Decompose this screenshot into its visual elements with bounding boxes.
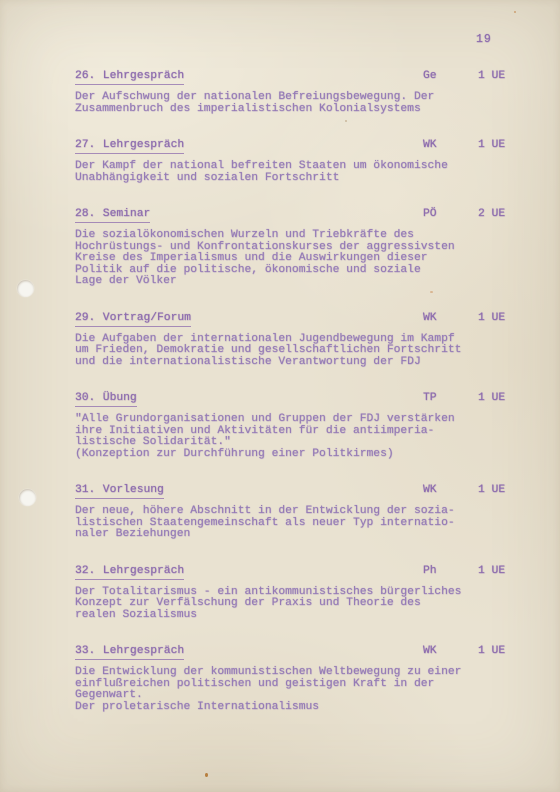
subject-code: WK bbox=[423, 484, 478, 496]
unit-count: 2 UE bbox=[478, 208, 550, 220]
entry-type-label: Lehrgespräch bbox=[103, 70, 184, 82]
entry-number: 33. bbox=[75, 645, 95, 657]
page-number: 19 bbox=[476, 33, 492, 46]
punch-hole-bottom bbox=[19, 489, 36, 506]
subject-code: WK bbox=[423, 645, 478, 657]
entry-description: "Alle Grundorganisationen und Gruppen de… bbox=[75, 414, 550, 460]
entry-number: 31. bbox=[75, 484, 95, 496]
subject-code: WK bbox=[423, 312, 478, 324]
entry-number: 26. bbox=[75, 70, 95, 82]
course-entry: 27.Lehrgespräch WK 1 UE Der Kampf der na… bbox=[75, 139, 550, 184]
entry-title: 28.Seminar bbox=[75, 208, 150, 223]
paper-speck bbox=[205, 773, 208, 777]
entry-header: 28.Seminar PÖ 2 UE bbox=[75, 208, 550, 223]
subject-code: Ph bbox=[423, 565, 478, 577]
entry-title: 31.Vorlesung bbox=[75, 484, 164, 499]
unit-count: 1 UE bbox=[478, 484, 550, 496]
entry-title: 27.Lehrgespräch bbox=[75, 139, 184, 154]
subject-code: PÖ bbox=[423, 208, 478, 220]
punch-hole-top bbox=[17, 280, 34, 297]
paper-speck bbox=[430, 291, 433, 293]
unit-count: 1 UE bbox=[478, 312, 550, 324]
unit-count: 1 UE bbox=[478, 70, 550, 82]
entry-header: 27.Lehrgespräch WK 1 UE bbox=[75, 139, 550, 154]
course-entry: 29.Vortrag/Forum WK 1 UE Die Aufgaben de… bbox=[75, 312, 550, 369]
course-entry: 28.Seminar PÖ 2 UE Die sozialökonomische… bbox=[75, 208, 550, 288]
course-entry: 26.Lehrgespräch Ge 1 UE Der Aufschwung d… bbox=[75, 70, 550, 115]
entry-header: 31.Vorlesung WK 1 UE bbox=[75, 484, 550, 499]
entry-type-label: Seminar bbox=[103, 208, 150, 220]
entry-description: Der Totalitarismus - ein antikommunistis… bbox=[75, 587, 550, 622]
unit-count: 1 UE bbox=[478, 139, 550, 151]
entry-number: 28. bbox=[75, 208, 95, 220]
entry-description: Die sozialökonomischen Wurzeln und Trieb… bbox=[75, 230, 550, 288]
subject-code: TP bbox=[423, 392, 478, 404]
entry-title: 33.Lehrgespräch bbox=[75, 645, 184, 660]
entry-number: 30. bbox=[75, 392, 95, 404]
entry-header: 29.Vortrag/Forum WK 1 UE bbox=[75, 312, 550, 327]
course-entry-list: 26.Lehrgespräch Ge 1 UE Der Aufschwung d… bbox=[75, 70, 550, 737]
entry-number: 27. bbox=[75, 139, 95, 151]
entry-number: 32. bbox=[75, 565, 95, 577]
course-entry: 33.Lehrgespräch WK 1 UE Die Entwicklung … bbox=[75, 645, 550, 713]
entry-type-label: Lehrgespräch bbox=[103, 565, 184, 577]
entry-description: Die Entwicklung der kommunistischen Welt… bbox=[75, 667, 550, 713]
entry-title: 30.Übung bbox=[75, 392, 137, 407]
entry-title: 29.Vortrag/Forum bbox=[75, 312, 191, 327]
entry-title: 26.Lehrgespräch bbox=[75, 70, 184, 85]
entry-title: 32.Lehrgespräch bbox=[75, 565, 184, 580]
entry-description: Die Aufgaben der internationalen Jugendb… bbox=[75, 334, 550, 369]
entry-header: 33.Lehrgespräch WK 1 UE bbox=[75, 645, 550, 660]
entry-header: 26.Lehrgespräch Ge 1 UE bbox=[75, 70, 550, 85]
entry-type-label: Übung bbox=[103, 392, 137, 404]
entry-type-label: Vortrag/Forum bbox=[103, 312, 191, 324]
course-entry: 32.Lehrgespräch Ph 1 UE Der Totalitarism… bbox=[75, 565, 550, 622]
unit-count: 1 UE bbox=[478, 565, 550, 577]
entry-number: 29. bbox=[75, 312, 95, 324]
entry-description: Der Kampf der national befreiten Staaten… bbox=[75, 161, 550, 184]
paper-speck bbox=[345, 120, 347, 122]
entry-description: Der neue, höhere Abschnitt in der Entwic… bbox=[75, 506, 550, 541]
entry-type-label: Lehrgespräch bbox=[103, 645, 184, 657]
subject-code: Ge bbox=[423, 70, 478, 82]
entry-description: Der Aufschwung der nationalen Befreiungs… bbox=[75, 92, 550, 115]
entry-type-label: Vorlesung bbox=[103, 484, 164, 496]
subject-code: WK bbox=[423, 139, 478, 151]
course-entry: 30.Übung TP 1 UE "Alle Grundorganisation… bbox=[75, 392, 550, 460]
entry-header: 30.Übung TP 1 UE bbox=[75, 392, 550, 407]
course-entry: 31.Vorlesung WK 1 UE Der neue, höhere Ab… bbox=[75, 484, 550, 541]
paper-speck bbox=[514, 11, 516, 13]
unit-count: 1 UE bbox=[478, 392, 550, 404]
scanned-document-page: 19 26.Lehrgespräch Ge 1 UE Der Aufschwun… bbox=[0, 0, 560, 792]
unit-count: 1 UE bbox=[478, 645, 550, 657]
entry-type-label: Lehrgespräch bbox=[103, 139, 184, 151]
entry-header: 32.Lehrgespräch Ph 1 UE bbox=[75, 565, 550, 580]
